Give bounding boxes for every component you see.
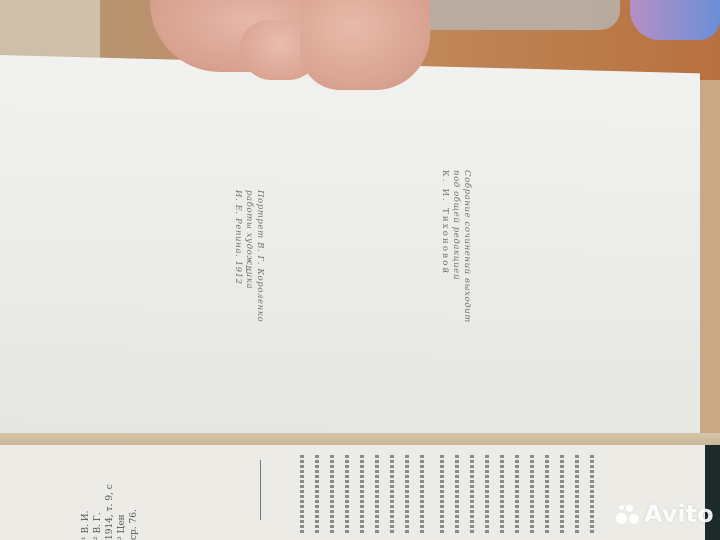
portrait-line-2: работы художника xyxy=(243,190,254,322)
editorial-line-3: К. И. Тихоновой xyxy=(439,170,450,323)
hand-finger xyxy=(300,0,430,90)
text-column xyxy=(545,455,549,535)
text-column xyxy=(515,455,519,535)
editorial-line-2: под общей редакцией xyxy=(450,170,461,323)
text-column xyxy=(405,455,409,535)
photo-scene: Собрание сочинений выходит под общей ред… xyxy=(0,0,720,540)
text-column xyxy=(470,455,474,535)
text-column xyxy=(315,455,319,535)
editorial-line-1: Собрание сочинений выходит xyxy=(461,170,472,323)
portrait-line-3: И. Е. Репина. 1912 xyxy=(232,190,243,322)
page-mark xyxy=(246,265,247,273)
book-page-top xyxy=(0,55,700,458)
text-column xyxy=(330,455,334,535)
book-cover-edge xyxy=(700,80,720,440)
footnotes: ¹ В. И. ² В. Г. 1914, т. 9, с ³ Цен ср. … xyxy=(80,484,140,540)
footnote-5: ср. 76. xyxy=(128,484,140,540)
text-column xyxy=(560,455,564,535)
text-column xyxy=(530,455,534,535)
avito-brand-text: Avito xyxy=(644,500,714,528)
text-column xyxy=(575,455,579,535)
text-column xyxy=(440,455,444,535)
text-column xyxy=(455,455,459,535)
footnote-1: ¹ В. И. xyxy=(80,484,92,540)
footnote-3: 1914, т. 9, с xyxy=(104,484,116,540)
footnote-2: ² В. Г. xyxy=(92,484,104,540)
avito-logo-icon xyxy=(614,501,640,527)
text-column xyxy=(500,455,504,535)
text-column xyxy=(420,455,424,535)
portrait-line-1: Портрет В. Г. Короленко xyxy=(254,190,265,322)
avito-watermark: Avito xyxy=(614,500,714,528)
footnote-rule xyxy=(260,460,261,520)
text-column xyxy=(360,455,364,535)
text-column xyxy=(375,455,379,535)
portrait-caption: Портрет В. Г. Короленко работы художника… xyxy=(232,190,265,322)
text-column xyxy=(485,455,489,535)
plush-toy xyxy=(630,0,720,40)
text-column xyxy=(390,455,394,535)
editorial-note: Собрание сочинений выходит под общей ред… xyxy=(439,170,472,323)
text-column xyxy=(300,455,304,535)
book-spine-edge xyxy=(0,0,100,58)
text-column xyxy=(590,455,594,535)
footnote-4: ³ Цен xyxy=(116,484,128,540)
text-column xyxy=(345,455,349,535)
